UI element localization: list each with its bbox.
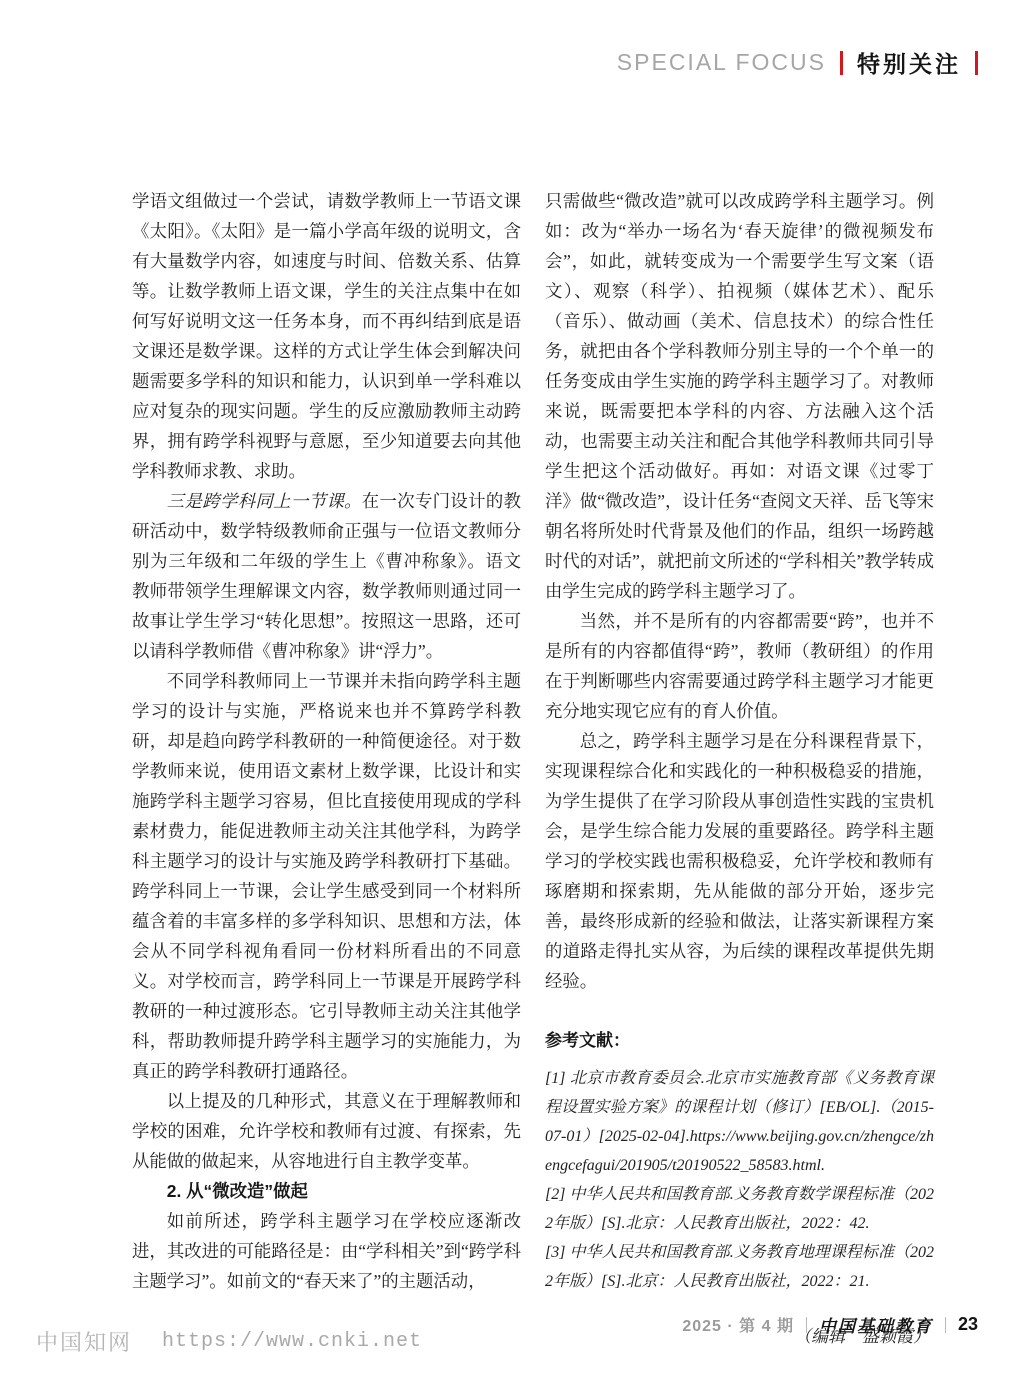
- footer-issue-label: 2025 · 第 4 期: [682, 1313, 794, 1336]
- body-paragraph: 总之，跨学科主题学习是在分科课程背景下，实现课程综合化和实践化的一种积极稳妥的措…: [545, 726, 934, 996]
- paragraph-text: 在一次专门设计的教研活动中，数学特级教师俞正强与一位语文教师分别为三年级和二年级…: [132, 491, 521, 661]
- cnki-watermark: 中国知网 https://www.cnki.net: [36, 1326, 422, 1357]
- body-paragraph: 当然，并不是所有的内容都需要“跨”，也并不是所有的内容都值得“跨”，教师（教研组…: [545, 606, 934, 726]
- footer-separator-icon: [806, 1317, 807, 1333]
- body-paragraph: 不同学科教师同上一节课并未指向跨学科主题学习的设计与实施，严格说来也并不算跨学科…: [132, 666, 521, 1086]
- footer-separator-icon: [945, 1317, 946, 1333]
- body-paragraph: 学语文组做过一个尝试，请数学教师上一节语文课《太阳》。《太阳》是一篇小学高年级的…: [132, 186, 521, 486]
- references-section: 参考文献： [1] 北京市教育委员会.北京市实施教育部《义务教育课程设置实验方案…: [545, 1026, 934, 1296]
- section-heading: 2. 从“微改造”做起: [132, 1176, 521, 1206]
- header-separator-bar-icon: [975, 51, 978, 75]
- body-paragraph: 只需做些“微改造”就可以改成跨学科主题学习。例如：改为“举办一场名为‘春天旋律’…: [545, 186, 934, 606]
- header-separator-bar-icon: [840, 51, 843, 75]
- page-header: SPECIAL FOCUS 特别关注: [617, 46, 978, 79]
- cnki-url: https://www.cnki.net: [162, 1330, 422, 1353]
- footer-page-number: 23: [958, 1314, 978, 1335]
- body-paragraph: 以上提及的几种形式，其意义在于理解教师和学校的困难，允许学校和教师有过渡、有探索…: [132, 1086, 521, 1176]
- references-title: 参考文献：: [545, 1026, 934, 1056]
- emphasis-lead: 三是跨学科同上一节课。: [167, 491, 362, 511]
- footer-journal-name: 中国基础教育: [819, 1312, 933, 1337]
- page-footer: 2025 · 第 4 期 中国基础教育 23: [682, 1312, 978, 1337]
- reference-item: [2] 中华人民共和国教育部.义务教育数学课程标准（2022年版）[S].北京：…: [545, 1180, 934, 1238]
- header-chinese-title: 特别关注: [857, 46, 961, 79]
- header-english-title: SPECIAL FOCUS: [617, 49, 826, 76]
- article-left-column: 学语文组做过一个尝试，请数学教师上一节语文课《太阳》。《太阳》是一篇小学高年级的…: [132, 186, 521, 1296]
- article-right-column: 只需做些“微改造”就可以改成跨学科主题学习。例如：改为“举办一场名为‘春天旋律’…: [545, 186, 934, 1352]
- cnki-site-name: 中国知网: [36, 1326, 132, 1357]
- reference-item: [1] 北京市教育委员会.北京市实施教育部《义务教育课程设置实验方案》的课程计划…: [545, 1064, 934, 1180]
- body-paragraph: 三是跨学科同上一节课。在一次专门设计的教研活动中，数学特级教师俞正强与一位语文教…: [132, 486, 521, 666]
- reference-item: [3] 中华人民共和国教育部.义务教育地理课程标准（2022年版）[S].北京：…: [545, 1238, 934, 1296]
- body-paragraph: 如前所述，跨学科主题学习在学校应逐渐改进，其改进的可能路径是：由“学科相关”到“…: [132, 1206, 521, 1296]
